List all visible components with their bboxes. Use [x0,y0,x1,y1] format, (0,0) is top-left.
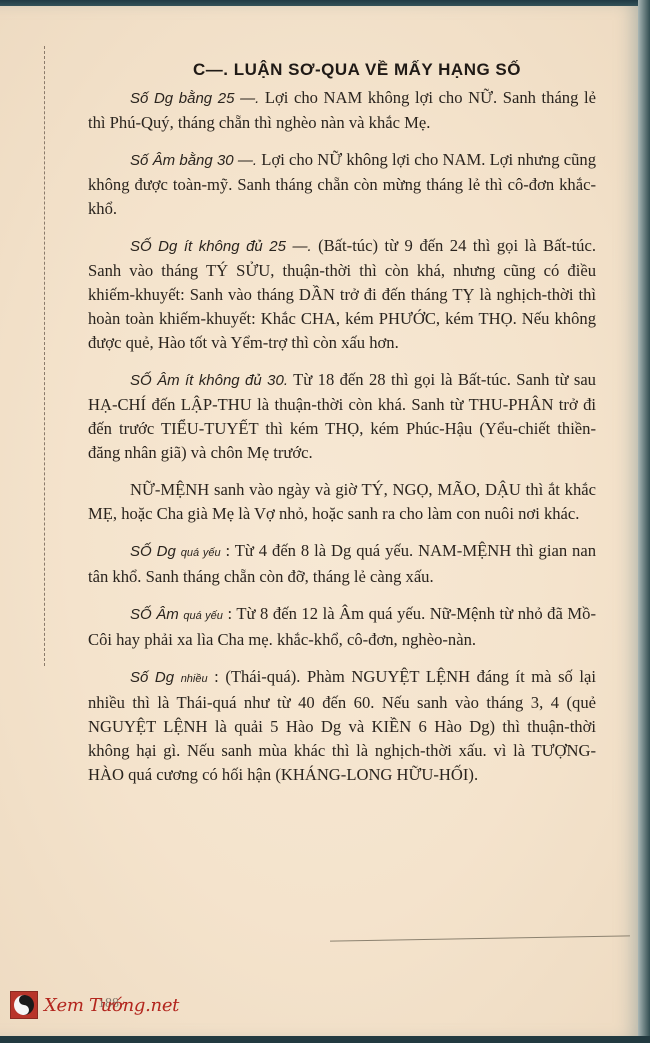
paragraph-lead: Số Âm bằng 30 —. [88,152,257,169]
book-right-edge [638,0,650,1043]
paragraph-am-30: Số Âm bằng 30 —. Lợi cho NỮ không lợi ch… [88,148,596,221]
paragraph-lead: Số Dg bằng 25 —. [88,90,259,107]
paragraph-lead-small: quá yếu [181,547,221,559]
paragraph-duong-25: Số Dg bằng 25 —. Lợi cho NAM không lợi c… [88,86,596,135]
paragraph-nu-menh: NỮ-MỆNH sanh vào ngày và giờ TÝ, NGỌ, MÃ… [88,478,596,526]
section-title: C—. LUẬN SƠ-QUA VỀ MẤY HẠNG SỐ [118,58,596,82]
page-content: C—. LUẬN SƠ-QUA VỀ MẤY HẠNG SỐ Số Dg bằn… [88,58,596,800]
paragraph-lead: SỐ Âm [88,606,179,623]
paragraph-lead: Số Dg [88,669,174,686]
book-bottom-edge [0,1036,650,1043]
paragraph-am-qua-yeu: SỐ Âm quá yếu : Từ 8 đến 12 là Âm quá yế… [88,602,596,652]
yin-yang-icon [10,991,38,1019]
paragraph-duong-bat-tuc: SỐ Dg ít không đủ 25 —. (Bất-túc) từ 9 đ… [88,234,596,355]
margin-fold-line [44,46,45,666]
paragraph-lead: SỐ Âm ít không đủ 30. [88,372,288,389]
paragraph-duong-qua-yeu: SỐ Dg quá yếu : Từ 4 đến 8 là Dg quá yếu… [88,539,596,589]
watermark-text: Xem Tướng.net [44,995,179,1016]
paragraph-text: NỮ-MỆNH sanh vào ngày và giờ TÝ, NGỌ, MÃ… [88,480,596,523]
paragraph-lead-small: nhiều [181,673,208,685]
paragraph-lead: SỐ Dg ít không đủ 25 —. [88,238,312,255]
paragraph-am-bat-tuc: SỐ Âm ít không đủ 30. Từ 18 đến 28 thì g… [88,368,596,465]
paragraph-lead-small: quá yếu [183,610,223,622]
paragraph-lead: SỐ Dg [88,543,176,560]
paragraph-duong-nhieu: Số Dg nhiều : (Thái-quá). Phàm NGUYỆT LỆ… [88,665,596,787]
watermark-logo: Xem Tướng.net [10,991,179,1019]
